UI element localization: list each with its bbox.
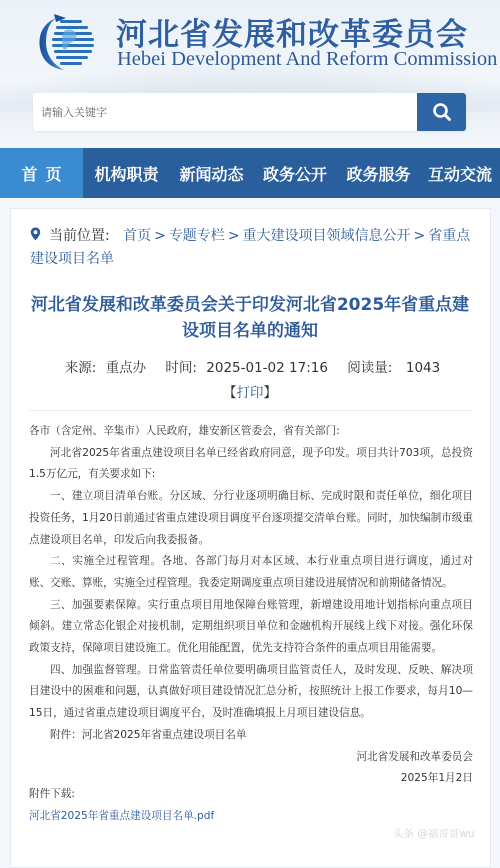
breadcrumb-separator: >: [414, 228, 426, 244]
body-paragraph: 一、建立项目清单台账。分区域、分行业逐项明确目标、完成时限和责任单位，细化项目投…: [29, 486, 473, 551]
body-paragraph: 三、加强要素保障。实行重点项目用地保障台账管理，新增建设用地计划指标向重点项目倾…: [29, 595, 473, 660]
reads-label: 阅读量:: [347, 360, 392, 376]
breadcrumb-separator: >: [228, 228, 240, 244]
source-value: 重点办: [106, 360, 147, 376]
nav-item-news[interactable]: 新闻动态: [170, 148, 253, 198]
breadcrumb-separator: >: [154, 228, 166, 244]
nav-item-gov-services[interactable]: 政务服务: [337, 148, 420, 198]
source-label: 来源:: [65, 360, 97, 376]
body-paragraph: 四、加强监督管理。日常监管责任单位要明确项目监管责任人，及时发现、反映、解决项目…: [29, 660, 473, 725]
watermark: 头条 @福哥哥wu: [393, 826, 475, 841]
print-row: 【打印】: [0, 381, 500, 401]
location-pin-icon: [30, 226, 42, 248]
reads-value: 1043: [406, 360, 440, 376]
search-bar: [33, 93, 466, 131]
signature: 河北省发展和改革委员会: [29, 747, 473, 769]
bracket-open: 【: [223, 385, 237, 401]
time-label: 时间:: [165, 360, 197, 376]
search-input[interactable]: [33, 93, 418, 131]
breadcrumb-special-topics[interactable]: 专题专栏: [169, 228, 225, 244]
breadcrumb: 当前位置: 首页>专题专栏>重大建设项目领域信息公开>省重点建设项目名单: [30, 225, 475, 270]
attachment-note: 附件：河北省2025年省重点建设项目名单: [29, 725, 473, 747]
article-body: 各市（含定州、辛集市）人民政府，雄安新区管委会，省有关部门: 河北省2025年省…: [29, 421, 473, 790]
print-link[interactable]: 打印: [237, 385, 264, 401]
site-title-en: Hebei Development And Reform Commission: [117, 48, 497, 71]
nav-item-organization[interactable]: 机构职责: [83, 148, 170, 198]
globe-logo-icon[interactable]: [32, 10, 98, 72]
article-title: 河北省发展和改革委员会关于印发河北省2025年省重点建设项目名单的通知: [25, 292, 475, 344]
nav-item-home[interactable]: 首页: [0, 148, 83, 198]
salutation: 各市（含定州、辛集市）人民政府，雄安新区管委会，省有关部门:: [29, 421, 473, 443]
divider: [29, 410, 471, 411]
article-meta: 来源: 重点办 时间: 2025-01-02 17:16 阅读量: 1043: [0, 356, 500, 376]
bracket-close: 】: [264, 385, 278, 401]
search-button[interactable]: [417, 93, 466, 131]
attachments-label: 附件下载:: [29, 786, 75, 801]
search-icon: [432, 102, 452, 122]
signature-date: 2025年1月2日: [29, 768, 473, 790]
nav-item-gov-affairs-open[interactable]: 政务公开: [253, 148, 337, 198]
time-value: 2025-01-02 17:16: [206, 360, 328, 376]
body-paragraph: 河北省2025年省重点建设项目名单已经省政府同意，现予印发。项目共计703项，总…: [29, 443, 473, 486]
site-header: 河北省发展和改革委员会 Hebei Development And Reform…: [0, 0, 500, 148]
breadcrumb-prefix: 当前位置:: [49, 228, 110, 244]
main-nav: 首页 机构职责 新闻动态 政务公开 政务服务 互动交流: [0, 148, 500, 198]
nav-item-interaction[interactable]: 互动交流: [420, 148, 500, 198]
attachment-pdf-link[interactable]: 河北省2025年省重点建设项目名单.pdf: [29, 808, 214, 823]
breadcrumb-home[interactable]: 首页: [123, 228, 151, 244]
body-paragraph: 二、实施全过程管理。各地、各部门每月对本区域、本行业重点项目进行调度，通过对账、…: [29, 551, 473, 594]
breadcrumb-major-projects[interactable]: 重大建设项目领域信息公开: [243, 228, 411, 244]
